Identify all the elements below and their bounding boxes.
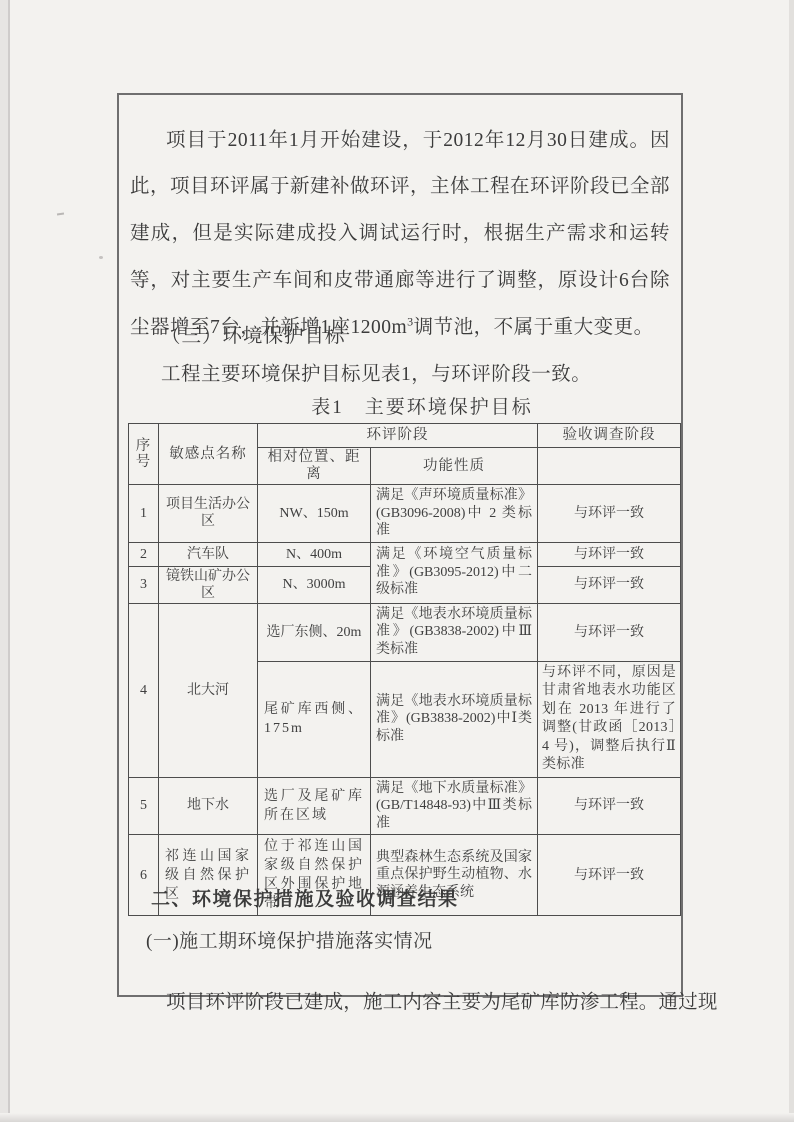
scan-edge-right <box>789 0 794 1122</box>
cell-no: 3 <box>129 566 159 603</box>
cell-position: 尾矿库西侧、175m <box>258 661 371 777</box>
scanned-document-page: 项目于2011年1月开始建设，于2012年12月30日建成。因此，项目环评属于新… <box>0 0 794 1122</box>
header-cell-acceptance: 验收调查阶段 <box>538 424 681 448</box>
cell-function: 满足《地表水环境质量标准》(GB3838-2002)中Ⅰ类标准 <box>371 661 538 777</box>
cell-sensitive-point: 镜铁山矿办公区 <box>159 566 258 603</box>
table-row: 5 地下水 选厂及尾矿库所在区域 满足《地下水质量标准》(GB/T14848-9… <box>129 777 681 835</box>
cell-acceptance: 与环评一致 <box>538 777 681 835</box>
heading-section-two: 二、环境保护措施及验收调查结果 <box>151 884 459 911</box>
cell-position: N、3000m <box>258 566 371 603</box>
scan-speck <box>57 213 64 216</box>
scan-edge-left-line <box>8 0 10 1122</box>
cell-no: 1 <box>129 485 159 543</box>
cell-acceptance: 与环评一致 <box>538 542 681 566</box>
paragraph-project-construction: 项目于2011年1月开始建设，于2012年12月30日建成。因此，项目环评属于新… <box>130 118 670 352</box>
header-cell-no: 序号 <box>129 424 159 485</box>
paragraph-text: 项目于2011年1月开始建设，于2012年12月30日建成。因此，项目环评属于新… <box>130 130 670 338</box>
table-row: 1 项目生活办公区 NW、150m 满足《声环境质量标准》(GB3096-200… <box>129 485 681 543</box>
cell-function-merged: 满足《环境空气质量标准》(GB3095-2012)中二级标准 <box>371 542 538 603</box>
table-header-row-1: 序号 敏感点名称 环评阶段 验收调查阶段 <box>129 424 681 448</box>
table-1-caption: 表1 主要环境保护目标 <box>125 392 677 419</box>
cell-no: 2 <box>129 542 159 566</box>
scan-edge-left-strip <box>0 0 8 1122</box>
paragraph-construction-period: 项目环评阶段已建成，施工内容主要为尾矿库防渗工程。通过现 <box>130 980 670 1027</box>
cell-sensitive-point: 北大河 <box>159 603 258 777</box>
cell-acceptance: 与环评不同，原因是甘肃省地表水功能区划在 2013 年进行了调整(甘政函［201… <box>538 661 681 777</box>
cell-acceptance: 与环评一致 <box>538 603 681 661</box>
table-row: 4 北大河 选厂东侧、20m 满足《地表水环境质量标准》(GB3838-2002… <box>129 603 681 661</box>
cell-no: 5 <box>129 777 159 835</box>
cell-acceptance: 与环评一致 <box>538 566 681 603</box>
cell-acceptance: 与环评一致 <box>538 485 681 543</box>
cell-sensitive-point: 汽车队 <box>159 542 258 566</box>
cell-position: 选厂及尾矿库所在区域 <box>258 777 371 835</box>
cell-position: N、400m <box>258 542 371 566</box>
cell-no: 4 <box>129 603 159 777</box>
header-cell-position: 相对位置、距离 <box>258 448 371 485</box>
table-row: 2 汽车队 N、400m 满足《环境空气质量标准》(GB3095-2012)中二… <box>129 542 681 566</box>
scan-edge-bottom <box>0 1113 794 1122</box>
scan-speck <box>99 256 103 259</box>
cell-function: 满足《地表水环境质量标准》(GB3838-2002)中Ⅲ类标准 <box>371 603 538 661</box>
cell-sensitive-point: 地下水 <box>159 777 258 835</box>
cell-position: 选厂东侧、20m <box>258 603 371 661</box>
header-cell-eia-stage: 环评阶段 <box>258 424 538 448</box>
cell-acceptance: 与环评一致 <box>538 835 681 916</box>
header-cell-function: 功能性质 <box>371 448 538 485</box>
header-cell-empty <box>538 448 681 485</box>
cell-function: 满足《声环境质量标准》(GB3096-2008)中 2 类标准 <box>371 485 538 543</box>
header-cell-name: 敏感点名称 <box>159 424 258 485</box>
table-environmental-protection-targets: 序号 敏感点名称 环评阶段 验收调查阶段 相对位置、距离 功能性质 1 项目生活… <box>128 423 681 916</box>
page-border-frame: 项目于2011年1月开始建设，于2012年12月30日建成。因此，项目环评属于新… <box>117 93 683 997</box>
heading-section-three: （三）环境保护目标 <box>161 320 346 348</box>
cell-function: 满足《地下水质量标准》(GB/T14848-93)中Ⅲ类标准 <box>371 777 538 835</box>
heading-subsection-two-one: (一)施工期环境保护措施落实情况 <box>146 926 433 953</box>
paragraph-text: 调节池，不属于重大变更。 <box>414 317 654 338</box>
cell-position: NW、150m <box>258 485 371 543</box>
cell-sensitive-point: 项目生活办公区 <box>159 485 258 543</box>
paragraph-table-intro: 工程主要环境保护目标见表1，与环评阶段一致。 <box>161 358 591 386</box>
